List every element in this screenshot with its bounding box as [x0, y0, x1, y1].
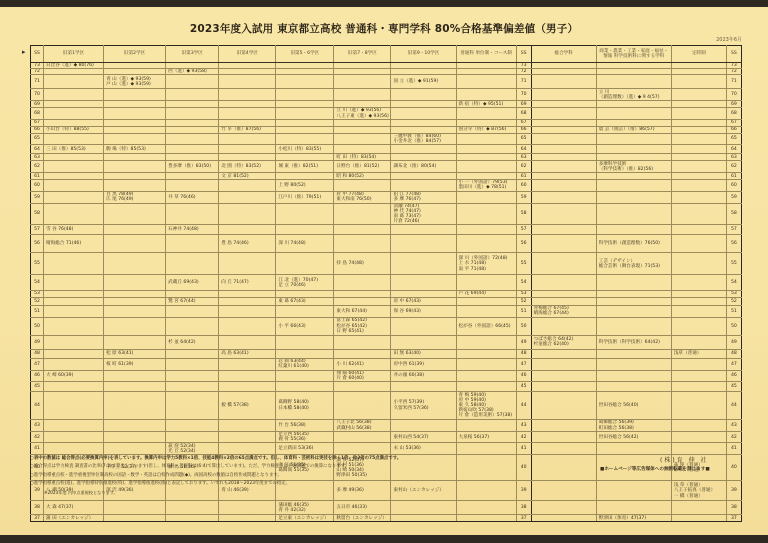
school-entry: 足 立 70(46)	[278, 283, 331, 288]
school-entry: 杉並総合 62(40)	[534, 342, 594, 347]
cell-district-3	[166, 382, 219, 392]
cell-credit-course: 小 一（外国語）79(53)墨田川（進）◆ 78(51)	[456, 180, 516, 191]
ss-value-left: 57	[31, 225, 44, 235]
school-entry: 田 無 63(40)	[393, 351, 453, 356]
ss-value-middle: 52	[516, 297, 531, 305]
ss-value-left: 66	[31, 126, 44, 133]
school-entry: 西（進）◆ 93(58)	[168, 69, 216, 74]
cell-district-7-8	[334, 145, 391, 154]
table-row: 49杉 並 64(42)49つばさ総合 64(42)杉並総合 62(40)科学技…	[31, 335, 742, 349]
table-row: 42足立西 56(35)鹿 骨 55(36)東村山西 54(37)大泉桜 56(…	[31, 432, 742, 443]
cell-part-time	[671, 161, 726, 173]
ss-value-right: 67	[726, 119, 741, 126]
cell-district-7-8: 日野台（推）81(52)	[334, 161, 391, 173]
cell-district-1: 三 田（推）85(53)	[44, 145, 104, 154]
ss-value-left: 48	[31, 349, 44, 358]
school-entry: 豊 島 74(46)	[221, 241, 273, 246]
cell-district-3	[166, 108, 219, 119]
cell-district-5-6	[276, 203, 334, 225]
cell-district-2	[104, 392, 166, 420]
cell-vocational: 葛飾総合 56(39)町田総合 56(38)	[596, 420, 671, 432]
cell-district-5-6: 忍 岡 63(44)紅葉川 61(40)	[276, 358, 334, 370]
cell-district-4	[219, 501, 276, 515]
cell-district-4	[219, 317, 276, 335]
cell-credit-course: 深 川（外国語）72(48)上 水 71(48)南 平 71(48)	[456, 253, 516, 275]
cell-district-4	[219, 119, 276, 126]
table-row: 50小 平 66(43)富士森 65(42)松が谷 65(42)日 野 65(4…	[31, 317, 742, 335]
ss-value-middle: 58	[516, 203, 531, 225]
cell-comprehensive	[531, 253, 596, 275]
cell-district-2	[104, 317, 166, 335]
cell-vocational	[596, 133, 671, 144]
cell-district-4	[219, 180, 276, 191]
cell-district-9-10	[391, 235, 456, 253]
cell-district-7-8	[334, 180, 391, 191]
cell-district-3: 井 草 76(46)	[166, 191, 219, 203]
cell-district-5-6: 竹 台 56(38)	[276, 420, 334, 432]
cell-district-9-10	[391, 173, 456, 180]
ss-value-right: 64	[726, 145, 741, 154]
school-entry: 国 立（進）◆ 91(59)	[393, 79, 453, 84]
cell-district-5-6	[276, 335, 334, 349]
school-entry: 墨田川（進）◆ 78(51)	[459, 185, 514, 190]
cell-credit-course	[456, 501, 516, 515]
table-row: 66小山台（特）88(55)竹 早（推）87(56)国分寺（特）◆ 87(56)…	[31, 126, 742, 133]
cell-credit-course	[456, 335, 516, 349]
cell-district-4	[219, 108, 276, 119]
cell-credit-course: 青 梅 59(40)府 中 59(40)東 久 58(40)新宿山吹 57(38…	[456, 392, 516, 420]
cell-district-5-6	[276, 133, 334, 144]
cell-vocational: 世田谷総合 56(42)	[596, 432, 671, 443]
cell-district-4: 文 京 81(52)	[219, 173, 276, 180]
cell-district-3: 鷺 宮 67(44)	[166, 297, 219, 305]
school-entry: 拝 島 74(48)	[336, 261, 388, 266]
cell-vocational: 科学技術（科学技術）64(42)	[596, 335, 671, 349]
cell-district-2	[104, 235, 166, 253]
cell-district-9-10	[391, 335, 456, 349]
school-entry: 保 谷 69(43)	[393, 309, 453, 314]
cell-district-4	[219, 133, 276, 144]
ss-value-left: 69	[31, 101, 44, 108]
cell-district-3	[166, 154, 219, 161]
school-entry: 井 草 76(46)	[168, 195, 216, 200]
school-entry: 戸 山（進）◆ 93(59)	[106, 82, 163, 87]
cell-district-2	[104, 515, 166, 522]
cell-district-7-8	[334, 382, 391, 392]
table-row: 51東大和 67(44)保 谷 69(43)51青梅総合 67(45)晴海総合 …	[31, 305, 742, 317]
table-row: 7070立 川（創造理数）（進）◆ 9 4(57)70	[31, 89, 742, 101]
school-entry: 松が谷（外国語）66(45)	[459, 324, 514, 329]
ss-value-middle: 69	[516, 101, 531, 108]
school-entry: 大泉桜 56(37)	[459, 435, 514, 440]
school-entry: 松 原 63(41)	[106, 351, 163, 356]
ss-value-middle: 50	[516, 317, 531, 335]
cell-district-4	[219, 203, 276, 225]
cell-credit-course	[456, 515, 516, 522]
cell-vocational: 世田谷総合 56(40)	[596, 392, 671, 420]
cell-district-3	[166, 358, 219, 370]
ss-value-right: 63	[726, 154, 741, 161]
cell-district-2	[104, 443, 166, 455]
cell-district-9-10: 田 無 63(40)	[391, 349, 456, 358]
cell-part-time	[671, 75, 726, 89]
ss-value-left: 71	[31, 75, 44, 89]
cell-district-3	[166, 253, 219, 275]
cell-vocational	[596, 75, 671, 89]
cell-district-3	[166, 203, 219, 225]
cell-comprehensive	[531, 180, 596, 191]
cell-vocational: 農 芸（園芸）（推）86(57)	[596, 126, 671, 133]
cell-district-2	[104, 253, 166, 275]
cell-district-5-6	[276, 225, 334, 235]
cell-credit-course: 松が谷（外国語）66(45)	[456, 317, 516, 335]
cell-district-9-10	[391, 382, 456, 392]
table-row: 43竹 台 56(38)八王子北 56(38)武蔵村山 56(38)43葛飾総合…	[31, 420, 742, 432]
cell-district-2: 駒 場（特）85(53)	[104, 145, 166, 154]
cell-comprehensive	[531, 420, 596, 432]
cell-district-2	[104, 432, 166, 443]
ss-value-left: 67	[31, 119, 44, 126]
cell-vocational	[596, 317, 671, 335]
cell-district-2	[104, 275, 166, 291]
cell-district-4	[219, 382, 276, 392]
ss-value-right: 70	[726, 89, 741, 101]
cell-district-9-10	[391, 126, 456, 133]
cell-comprehensive	[531, 225, 596, 235]
cell-vocational	[596, 443, 671, 455]
ss-value-right: 62	[726, 161, 741, 173]
school-entry: 片 倉 60(40)	[336, 376, 388, 381]
cell-part-time	[671, 297, 726, 305]
ss-value-left: 62	[31, 161, 44, 173]
ss-value-middle: 41	[516, 443, 531, 455]
cell-part-time	[671, 392, 726, 420]
cell-credit-course	[456, 133, 516, 144]
table-row: 69新 宿（特）◆ 95(51)6969	[31, 101, 742, 108]
ss-value-right: 69	[726, 101, 741, 108]
cell-district-1	[44, 154, 104, 161]
cell-district-5-6: 江 北（進）70(47)足 立 70(46)	[276, 275, 334, 291]
cell-district-3	[166, 180, 219, 191]
cell-district-7-8: 五日市 46(33)	[334, 501, 391, 515]
ss-value-middle: 51	[516, 305, 531, 317]
cell-vocational	[596, 145, 671, 154]
cell-vocational	[596, 119, 671, 126]
cell-credit-course	[456, 75, 516, 89]
cell-district-4	[219, 305, 276, 317]
cell-district-9-10: 調布北（推）80(54)	[391, 161, 456, 173]
cell-district-7-8	[334, 275, 391, 291]
cell-district-4	[219, 420, 276, 432]
cell-district-4	[219, 335, 276, 349]
cell-district-1	[44, 180, 104, 191]
school-entry: 文 京 81(52)	[221, 174, 273, 179]
school-entry: 板 橋 57(38)	[221, 403, 273, 408]
cell-comprehensive	[531, 382, 596, 392]
cell-district-1	[44, 420, 104, 432]
cell-district-3	[166, 145, 219, 154]
cell-comprehensive: 青梅総合 67(45)晴海総合 67(44)	[531, 305, 596, 317]
cell-district-1	[44, 75, 104, 89]
cell-credit-course	[456, 161, 516, 173]
cell-district-7-8	[334, 335, 391, 349]
table-row: 59目 黒 78(49)広 尾 76(49)井 草 76(46)江戸川（推）79…	[31, 191, 742, 203]
cell-part-time	[671, 119, 726, 126]
cell-district-7-8	[334, 225, 391, 235]
table-row: 57雪 谷 76(48)石神井 74(48)5757	[31, 225, 742, 235]
cell-district-5-6: 足立新田 53(36)	[276, 443, 334, 455]
footnote-2: ○総合得点は学力検査 調査書の比率(7:3)で算出しています(但し、体育科・芸術…	[30, 463, 590, 471]
table-row: 54武蔵丘 69(43)向 丘 71(47)江 北（進）70(47)足 立 70…	[31, 275, 742, 291]
ss-value-right: 66	[726, 126, 741, 133]
ss-value-right: 41	[726, 443, 741, 455]
scan-bottom-edge	[0, 535, 768, 543]
table-row: 48松 原 63(41)高 島 63(41)田 無 63(40)48浅草（普通）…	[31, 349, 742, 358]
cell-district-5-6	[276, 119, 334, 126]
cell-district-1: 蒲 田（エンカレッジ）	[44, 515, 104, 522]
cell-district-4: 向 丘 71(47)	[219, 275, 276, 291]
cell-credit-course	[456, 154, 516, 161]
school-entry: 三 田（推）85(53)	[46, 147, 101, 152]
cell-comprehensive	[531, 297, 596, 305]
school-entry: 大 森 47(37)	[46, 505, 101, 510]
cell-district-1	[44, 382, 104, 392]
school-entry: 上 野 80(52)	[278, 183, 331, 188]
ss-value-left: 59	[31, 191, 44, 203]
school-entry: 晴海総合 67(44)	[534, 311, 594, 316]
cell-district-9-10: 国 立（進）◆ 91(59)	[391, 75, 456, 89]
cell-district-7-8: 八王子北 56(38)武蔵村山 56(38)	[334, 420, 391, 432]
cell-district-5-6	[276, 75, 334, 89]
cell-district-9-10	[391, 501, 456, 515]
school-entry: 青 井 42(32)	[278, 508, 331, 513]
cell-district-5-6: 小松川（特）83(55)	[276, 145, 334, 154]
cell-district-5-6: 葛飾野 58(40)日本橋 58(40)	[276, 392, 334, 420]
table-row: 41荻 窪 52(34)光 丘 52(34)足立新田 53(36)永 山 53(…	[31, 443, 742, 455]
cell-district-5-6	[276, 154, 334, 161]
cell-comprehensive	[531, 275, 596, 291]
ss-value-right: 56	[726, 235, 741, 253]
cell-district-7-8	[334, 432, 391, 443]
school-entry: 浅草（普通）	[674, 351, 724, 356]
cell-vocational	[596, 305, 671, 317]
cell-vocational: 工芸（デザイン）総合芸術（舞台表現）71(53)	[596, 253, 671, 275]
cell-district-2: 青 山（進）◆ 93(59)戸 山（進）◆ 93(59)	[104, 75, 166, 89]
school-entry: 小山台（特）88(55)	[46, 127, 101, 132]
ss-value-middle: 66	[516, 126, 531, 133]
ss-value-left: 64	[31, 145, 44, 154]
cell-part-time	[671, 335, 726, 349]
cell-comprehensive	[531, 75, 596, 89]
ss-value-right: 43	[726, 420, 741, 432]
cell-district-2	[104, 108, 166, 119]
cell-part-time	[671, 443, 726, 455]
school-entry: 武蔵丘 69(43)	[168, 280, 216, 285]
table-row: 61文 京 81(52)昭 和 80(52)6161	[31, 173, 742, 180]
cell-district-5-6: 城 東（推）82(51)	[276, 161, 334, 173]
ss-value-left: 55	[31, 253, 44, 275]
table-row: 676767	[31, 119, 742, 126]
ss-value-middle: 48	[516, 349, 531, 358]
cell-comprehensive	[531, 443, 596, 455]
cell-district-9-10: 小平西 57(39)久留米西 57(36)	[391, 392, 456, 420]
cell-comprehensive	[531, 392, 596, 420]
cell-credit-course: 国分寺（特）◆ 87(56)	[456, 126, 516, 133]
table-row: 38大 森 47(37)蒲田総 46(35)青 井 42(32)五日市 46(3…	[31, 501, 742, 515]
col-header-credit-course: 普通科 単位制・コース制	[456, 46, 516, 63]
ss-value-right: 44	[726, 392, 741, 420]
cell-district-1: 雪 谷 76(48)	[44, 225, 104, 235]
school-entry: 片倉 72(46)	[393, 219, 453, 224]
cell-district-7-8: 府 中 77(48)東大和南 76(50)	[334, 191, 391, 203]
footnote-4: ○進学指導重点校(進)、進学指導特別推進校(特)、進学指導推進校(推)と表記して…	[30, 480, 590, 488]
ss-value-right: 52	[726, 297, 741, 305]
cell-district-5-6	[276, 382, 334, 392]
school-entry: 深 川 74(48)	[278, 241, 331, 246]
cell-district-9-10	[391, 253, 456, 275]
school-entry: 農 芸（園芸）（推）86(57)	[599, 127, 669, 132]
cell-district-3: 豊多摩（推）83(50)	[166, 161, 219, 173]
school-entry: 小金井北（推）84(57)	[393, 139, 453, 144]
cell-district-2	[104, 101, 166, 108]
ss-value-left: 70	[31, 89, 44, 101]
cell-district-7-8	[334, 443, 391, 455]
cell-district-5-6	[276, 370, 334, 381]
cell-credit-course	[456, 119, 516, 126]
school-entry: 日野台（推）81(52)	[336, 164, 388, 169]
cell-vocational	[596, 101, 671, 108]
footnote-3: ○進学指導重点校・進学重視型単位制高校の国語・数学・英語は自校作成問題(◆)。両…	[30, 472, 590, 480]
ss-value-right: 57	[726, 225, 741, 235]
cell-district-5-6: 江戸川（推）79(51)	[276, 191, 334, 203]
cell-part-time	[671, 432, 726, 443]
cell-district-3: 石神井 74(48)	[166, 225, 219, 235]
ss-value-left: 65	[31, 133, 44, 144]
col-header-part-time: 定時制	[671, 46, 726, 63]
table-row: 65三鷹中教（推）84(60)小金井北（推）84(57)6565	[31, 133, 742, 144]
cell-credit-course	[456, 275, 516, 291]
cell-comprehensive	[531, 173, 596, 180]
school-entry: 竹 台 56(38)	[278, 423, 331, 428]
cell-district-5-6	[276, 349, 334, 358]
school-entry: 南 平 71(48)	[459, 267, 514, 272]
ss-value-middle: 65	[516, 133, 531, 144]
cell-district-4	[219, 89, 276, 101]
cell-district-5-6	[276, 305, 334, 317]
cell-comprehensive	[531, 515, 596, 522]
cell-district-5-6	[276, 108, 334, 119]
cell-district-4	[219, 191, 276, 203]
cell-district-7-8: 富士森 65(42)松が谷 65(42)日 野 65(41)	[334, 317, 391, 335]
cell-district-1	[44, 89, 104, 101]
cell-district-1	[44, 203, 104, 225]
cell-district-2	[104, 225, 166, 235]
table-row: 37蒲 田（エンカレッジ）足立東（エンカレッジ）秋留台（エンカレッジ）37野津田…	[31, 515, 742, 522]
cell-district-9-10: 府中西 61(39)	[391, 358, 456, 370]
cell-district-3: 武蔵丘 69(43)	[166, 275, 219, 291]
ss-value-middle: 68	[516, 108, 531, 119]
col-header-ss-left: SS	[31, 46, 44, 63]
ss-value-right: 39	[726, 481, 741, 501]
cell-district-3	[166, 392, 219, 420]
school-entry: 鹿 骨 55(36)	[278, 437, 331, 442]
cell-part-time	[671, 145, 726, 154]
table-row: 64三 田（推）85(53)駒 場（特）85(53)小松川（特）83(55)64…	[31, 145, 742, 154]
cell-district-3	[166, 420, 219, 432]
cell-comprehensive	[531, 370, 596, 381]
ss-value-left: 42	[31, 432, 44, 443]
cell-district-4: 竹 早（推）87(56)	[219, 126, 276, 133]
school-entry: 久留米西 57(36)	[393, 406, 453, 411]
cell-district-1	[44, 317, 104, 335]
cell-district-7-8	[334, 235, 391, 253]
ss-value-left: 63	[31, 154, 44, 161]
school-entry: 日 野 65(41)	[336, 329, 388, 334]
publisher-name: (株)育 伸 社	[660, 455, 709, 464]
cell-district-3	[166, 305, 219, 317]
school-entry: 府中西 61(39)	[393, 362, 453, 367]
ss-value-middle: 44	[516, 392, 531, 420]
school-entry: 科学技術（創造理数）76(50)	[599, 241, 669, 246]
cell-district-9-10: 井の頭 60(38)	[391, 370, 456, 381]
table-row: 52鷺 宮 67(44)東 葛 67(43)府 中 67(43)5252	[31, 297, 742, 305]
school-entry: 日比谷（進）◆ 80(76)	[46, 63, 101, 68]
cell-vocational	[596, 173, 671, 180]
cell-vocational	[596, 358, 671, 370]
cell-district-4: 豊 島 74(46)	[219, 235, 276, 253]
ss-value-right: 42	[726, 432, 741, 443]
cell-part-time	[671, 225, 726, 235]
cell-district-5-6: 小 平 66(43)	[276, 317, 334, 335]
cell-district-7-8: 拝 島 74(48)	[334, 253, 391, 275]
table-row: 56晴海総合 71(46)豊 島 74(46)深 川 74(48)56科学技術（…	[31, 235, 742, 253]
cell-district-4	[219, 297, 276, 305]
cell-district-1	[44, 253, 104, 275]
cell-comprehensive	[531, 203, 596, 225]
cell-district-9-10: 東村山西 54(37)	[391, 432, 456, 443]
cell-comprehensive	[531, 317, 596, 335]
cell-district-7-8	[334, 101, 391, 108]
cell-district-3: 荻 窪 52(34)光 丘 52(34)	[166, 443, 219, 455]
school-entry: 調布北（推）80(54)	[393, 164, 453, 169]
cell-credit-course	[456, 349, 516, 358]
cell-district-9-10	[391, 119, 456, 126]
cell-district-1	[44, 119, 104, 126]
cell-credit-course	[456, 89, 516, 101]
cell-part-time	[671, 515, 726, 522]
ss-value-left: 44	[31, 392, 44, 420]
cell-district-9-10	[391, 89, 456, 101]
col-header-district-9-10: 旧第9・10学区	[391, 46, 456, 63]
cell-credit-course	[456, 225, 516, 235]
ss-value-left: 45	[31, 382, 44, 392]
col-header-comprehensive: 総合学科	[531, 46, 596, 63]
cell-comprehensive	[531, 235, 596, 253]
school-entry: 江戸川（推）79(51)	[278, 195, 331, 200]
cell-part-time	[671, 191, 726, 203]
cell-credit-course	[456, 420, 516, 432]
cell-district-3	[166, 515, 219, 522]
ss-value-middle: 64	[516, 145, 531, 154]
cell-district-2	[104, 89, 166, 101]
cell-district-5-6: 足立東（エンカレッジ）	[276, 515, 334, 522]
school-entry: 国分寺（特）◆ 87(56)	[459, 127, 514, 132]
cell-vocational	[596, 370, 671, 381]
cell-part-time	[671, 305, 726, 317]
table-row: 46大 崎 60(39)翔 陽 60(41)片 倉 60(40)井の頭 60(3…	[31, 370, 742, 381]
ss-value-middle: 38	[516, 501, 531, 515]
school-entry: 東大和 67(44)	[336, 309, 388, 314]
